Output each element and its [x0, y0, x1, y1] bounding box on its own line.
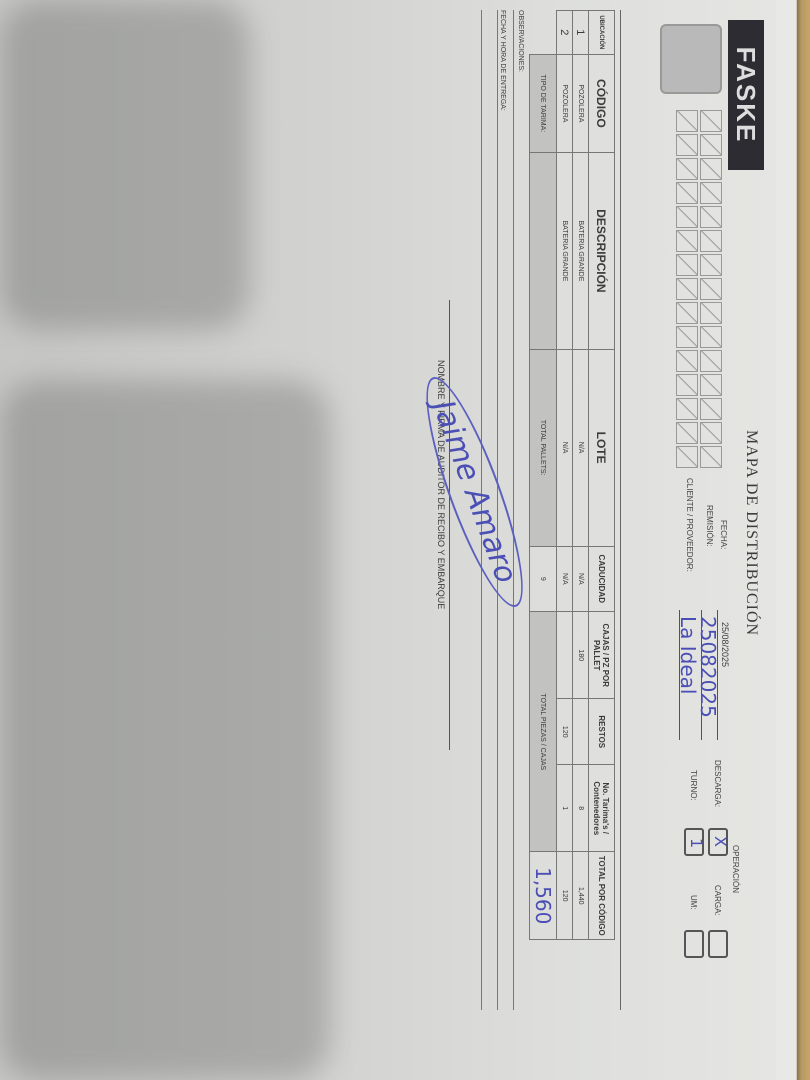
tipo-tarima-label: TIPO DE TARIMA: [530, 54, 557, 152]
col-descripcion: DESCRIPCIÓN [589, 153, 615, 350]
col-codigo: CÓDIGO [589, 54, 615, 152]
col-ubicacion: UBICACIÓN [589, 11, 615, 55]
company-logo: FASKE [728, 20, 764, 170]
cliente-label: CLIENTE / PROVEEDOR: [685, 478, 694, 572]
distribution-table: UBICACIÓN CÓDIGO DESCRIPCIÓN LOTE CADUCI… [529, 10, 615, 940]
page-title: MAPA DE DISTRIBUCIÓN [742, 430, 760, 636]
signature-line [449, 300, 450, 750]
table-row: 1 POZOLERA BATERIA GRANDE N/A N/A 180 8 … [573, 11, 589, 940]
observaciones-line [513, 10, 514, 1010]
form-header: FASKE MAPA DE DISTRIBUCIÓN FECHA: 25/08/… [620, 10, 770, 1010]
table-surface [776, 0, 810, 1080]
um-box[interactable] [684, 930, 704, 958]
col-tarimas: No. Tarima's / Contenedores [589, 765, 615, 852]
table-row: 2 POZOLERA BATERIA GRANDE N/A N/A 120 1 … [557, 11, 573, 940]
distribution-map-form: FASKE MAPA DE DISTRIBUCIÓN FECHA: 25/08/… [160, 10, 770, 1010]
pallet-layout-grid [676, 110, 722, 468]
col-cajas: CAJAS / PZ POR PALLET [589, 612, 615, 699]
truck-icon [660, 24, 722, 94]
auditor-signature: Jaime Amaro [409, 369, 540, 615]
fecha-value: 25/08/2025 [720, 622, 730, 667]
turno-label: TURNO: [689, 770, 698, 801]
col-caducidad: CADUCIDAD [589, 546, 615, 612]
turno-value: 1 [687, 838, 706, 848]
total-pallets-value: 9 [530, 546, 557, 612]
total-piezas-value: 1,560 [530, 852, 557, 940]
carga-checkbox[interactable] [708, 930, 728, 958]
observaciones-label: OBSERVACIONES: [517, 10, 524, 72]
fecha-entrega-label: FECHA Y HORA DE ENTREGA: [499, 10, 506, 111]
fecha-label: FECHA: [719, 520, 728, 549]
descarga-label: DESCARGA: [713, 760, 722, 807]
descarga-mark: X [711, 836, 730, 847]
col-restos: RESTOS [589, 699, 615, 765]
total-piezas-label: TOTAL PIEZAS / CAJAS [530, 612, 557, 852]
operacion-label: OPERACIÓN [731, 845, 740, 893]
table-totals-row: TIPO DE TARIMA: TOTAL PALLETS: 9 TOTAL P… [530, 11, 557, 940]
total-pallets-label: TOTAL PALLETS: [530, 349, 557, 546]
carga-label: CARGA: [713, 885, 722, 916]
col-lote: LOTE [589, 349, 615, 546]
col-total: TOTAL POR CÓDIGO [589, 852, 615, 940]
cliente-value: La Ideal [676, 616, 700, 694]
um-label: UM: [689, 895, 698, 910]
remision-label: REMISIÓN: [705, 505, 714, 547]
